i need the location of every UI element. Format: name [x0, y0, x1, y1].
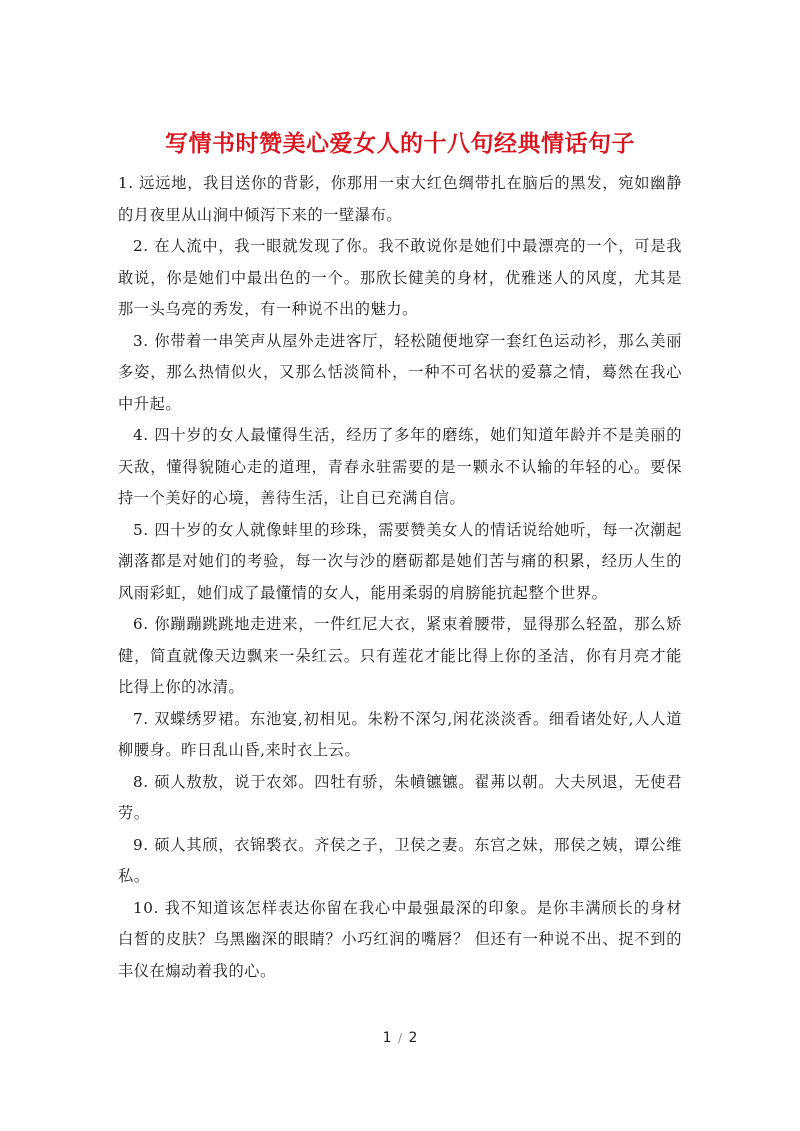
paragraph-4: 4. 四十岁的女人最懂得生活，经历了多年的磨练，她们知道年龄并不是美丽的天敌，懂…	[118, 420, 682, 515]
paragraph-2: 2. 在人流中，我一眼就发现了你。我不敢说你是她们中最漂亮的一个，可是我敢说，你…	[118, 231, 682, 326]
page-number: 1 / 2	[0, 1030, 800, 1046]
paragraph-5: 5. 四十岁的女人就像蚌里的珍珠，需要赞美女人的情话说给她听，每一次潮起潮落都是…	[118, 515, 682, 610]
paragraph-7: 7. 双蝶绣罗裙。东池宴,初相见。朱粉不深匀,闲花淡淡香。细看诸处好,人人道柳腰…	[118, 704, 682, 767]
page-current: 1	[383, 1030, 392, 1046]
paragraph-9: 9. 硕人其颀，衣锦褧衣。齐侯之子，卫侯之妻。东宫之妹，邢侯之姨，谭公维私。	[118, 830, 682, 893]
document-body: 1. 远远地，我目送你的背影，你那用一束大红色绸带扎在脑后的黑发，宛如幽静的月夜…	[118, 168, 682, 987]
page-separator: /	[396, 1031, 404, 1045]
document-title: 写情书时赞美心爱女人的十八句经典情话句子	[0, 128, 800, 160]
paragraph-8: 8. 硕人敖敖，说于农郊。四牡有骄，朱幩镳镳。翟茀以朝。大夫夙退，无使君劳。	[118, 767, 682, 830]
paragraph-6: 6. 你蹦蹦跳跳地走进来，一件红尼大衣，紧束着腰带，显得那么轻盈，那么矫健，简直…	[118, 609, 682, 704]
paragraph-1: 1. 远远地，我目送你的背影，你那用一束大红色绸带扎在脑后的黑发，宛如幽静的月夜…	[118, 168, 682, 231]
document-page: 写情书时赞美心爱女人的十八句经典情话句子 1. 远远地，我目送你的背影，你那用一…	[0, 0, 800, 1131]
paragraph-10: 10. 我不知道该怎样表达你留在我心中最强最深的印象。是你丰满颀长的身材白皙的皮…	[118, 893, 682, 988]
paragraph-3: 3. 你带着一串笑声从屋外走进客厅，轻松随便地穿一套红色运动衫，那么美丽多姿，那…	[118, 326, 682, 421]
page-total: 2	[408, 1030, 417, 1046]
